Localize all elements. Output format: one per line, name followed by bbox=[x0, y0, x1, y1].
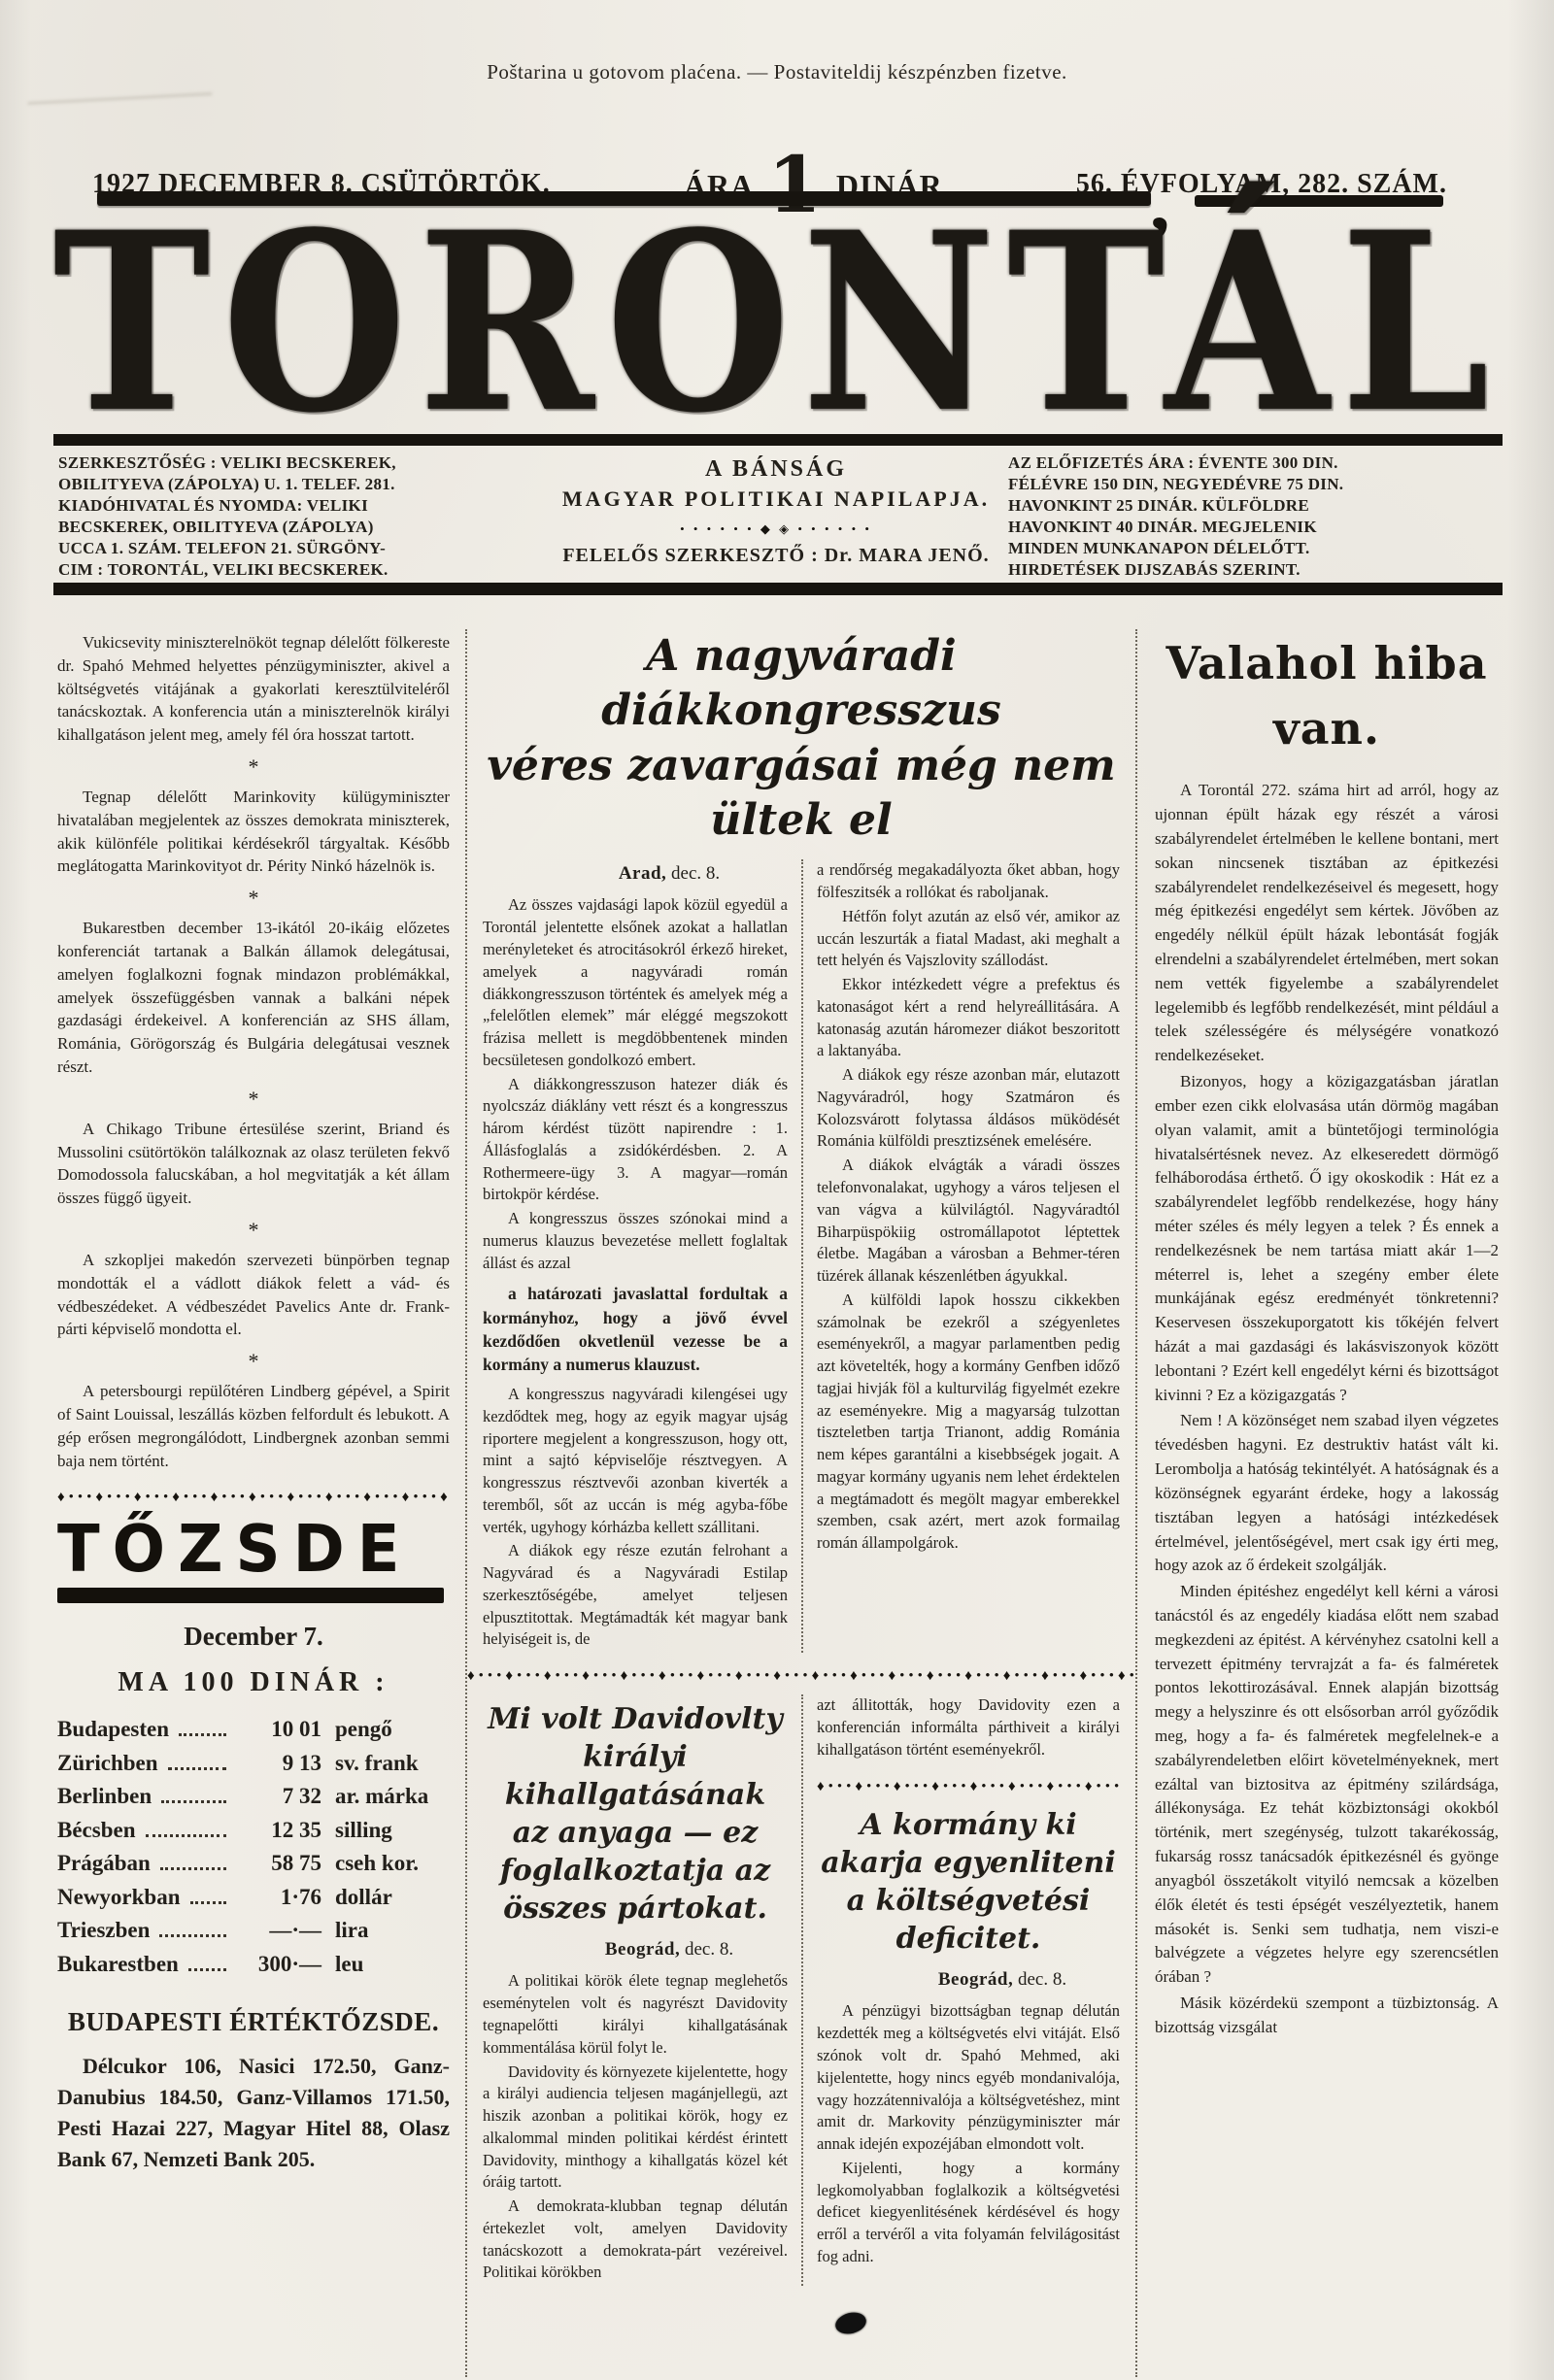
bourse-date: December 7. bbox=[57, 1619, 450, 1656]
diamond-ornament: ♦•••♦•••♦•••♦•••♦•••♦•••♦•••♦•••♦•••♦•••… bbox=[57, 1488, 450, 1508]
imprint-line: MINDEN MUNKANAPON DÉLELŐTT. bbox=[1008, 538, 1503, 559]
star-separator: * bbox=[57, 1220, 450, 1241]
dateline: Arad, dec. 8. bbox=[483, 861, 788, 887]
editorial-office-info: SZERKESZTŐSÉG : VELIKI BECSKEREK, OBILIT… bbox=[58, 453, 544, 582]
rate-value: 9 13 bbox=[236, 1747, 321, 1781]
dot-leader bbox=[161, 1800, 226, 1803]
dateline-place: Arad, bbox=[619, 863, 666, 884]
rate-unit: cseh kor. bbox=[335, 1847, 450, 1881]
article-paragraph: A diákok egy része ezután felrohant a Na… bbox=[483, 1540, 788, 1651]
dateline: Beográd, dec. 8. bbox=[817, 1967, 1120, 1993]
rate-value: 1·76 bbox=[236, 1881, 321, 1915]
rate-row: Newyorkban 1·76 dollár bbox=[57, 1881, 450, 1915]
rate-unit: ar. márka bbox=[335, 1780, 450, 1814]
imprint-line: HIRDETÉSEK DIJSZABÁS SZERINT. bbox=[1008, 559, 1503, 581]
dot-leader bbox=[190, 1901, 226, 1904]
editorial-paragraph: Minden épitéshez engedélyt kell kérni a … bbox=[1155, 1580, 1499, 1990]
dateline-place: Beográd, bbox=[938, 1969, 1013, 1990]
article-paragraph: azt állitották, hogy Davidovity ezen a k… bbox=[817, 1694, 1120, 1760]
newspaper-page: Poštarina u gotovom plaćena. — Postavite… bbox=[0, 0, 1554, 2380]
brief-paragraph: A Chikago Tribune értesülése szerint, Br… bbox=[57, 1118, 450, 1210]
rate-row: Trieszben —·— lira bbox=[57, 1914, 450, 1948]
article-paragraph: Az összes vajdasági lapok közül egyedül … bbox=[483, 894, 788, 1071]
article-right-column: a rendőrség megakadályozta őket abban, h… bbox=[801, 859, 1135, 1653]
imprint-line: BECSKEREK, OBILITYEVA (ZÁPOLYA) bbox=[58, 517, 544, 538]
rate-row: Bukarestben 300·— leu bbox=[57, 1948, 450, 1982]
rate-row: Bécsben 12 35 silling bbox=[57, 1814, 450, 1848]
imprint-line: HAVONKINT 25 DINÁR. KÜLFÖLDRE bbox=[1008, 495, 1503, 517]
brief-paragraph: Bukarestben december 13-ikától 20-ikáig … bbox=[57, 917, 450, 1079]
bourse-title-rule bbox=[57, 1588, 444, 1603]
sub-article-left: Mi volt Davidovlty királyi kihallgatásán… bbox=[467, 1694, 801, 2286]
brief-paragraph: A szkopljei makedón szervezeti bünpörben… bbox=[57, 1249, 450, 1341]
headline-line: A nagyváradi diákkongresszus bbox=[473, 629, 1130, 739]
sub-article-headline: Mi volt Davidovlty királyi kihallgatásán… bbox=[485, 1700, 786, 1927]
rate-value: 7 32 bbox=[236, 1780, 321, 1814]
rate-row: Prágában 58 75 cseh kor. bbox=[57, 1847, 450, 1881]
article-paragraph: Davidovity és környezete kijelentette, h… bbox=[483, 2062, 788, 2195]
dateline-date: dec. 8. bbox=[1018, 1969, 1066, 1990]
article-paragraph: A kongresszus nagyváradi kilengései ugy … bbox=[483, 1384, 788, 1538]
subtitle-line: MAGYAR POLITIKAI NAPILAPJA. bbox=[544, 486, 1008, 512]
editorial-paragraph: Bizonyos, hogy a közigazgatásban járatla… bbox=[1155, 1070, 1499, 1407]
rate-place: Newyorkban bbox=[57, 1881, 181, 1915]
imprint-top-rule bbox=[53, 434, 1503, 446]
article-paragraph: A kongresszus összes szónokai mind a num… bbox=[483, 1208, 788, 1274]
bourse-subtitle: MA 100 DINÁR : bbox=[57, 1663, 450, 1701]
dateline: Beográd, dec. 8. bbox=[483, 1937, 788, 1962]
rate-value: —·— bbox=[236, 1914, 321, 1948]
rate-unit: leu bbox=[335, 1948, 450, 1982]
headline-line: véres zavargásai még nem ültek el bbox=[473, 739, 1130, 849]
dot-leader bbox=[179, 1733, 226, 1736]
imprint-line: CIM : TORONTÁL, VELIKI BECSKEREK. bbox=[58, 559, 544, 581]
imprint-line: SZERKESZTŐSÉG : VELIKI BECSKEREK, bbox=[58, 453, 544, 474]
rate-place: Budapesten bbox=[57, 1713, 169, 1747]
article-paragraph: A demokrata-klubban tegnap délután értek… bbox=[483, 2196, 788, 2284]
dot-leader bbox=[160, 1867, 226, 1870]
rate-unit: silling bbox=[335, 1814, 450, 1848]
stock-exchange-quotes: Délcukor 106, Nasici 172.50, Ganz-Danubi… bbox=[57, 2051, 450, 2175]
imprint-line: UCCA 1. SZÁM. TELEFON 21. SÜRGÖNY- bbox=[58, 538, 544, 559]
rate-value: 58 75 bbox=[236, 1847, 321, 1881]
subscription-info: AZ ELŐFIZETÉS ÁRA : ÉVENTE 300 DIN. FÉLÉ… bbox=[1008, 453, 1503, 582]
article-paragraph: Kijelenti, hogy a kormány legkomolyabban… bbox=[817, 2158, 1120, 2268]
rate-unit: sv. frank bbox=[335, 1747, 450, 1781]
imprint-line: AZ ELŐFIZETÉS ÁRA : ÉVENTE 300 DIN. bbox=[1008, 453, 1503, 474]
dateline-date: dec. 8. bbox=[685, 1939, 733, 1960]
rate-place: Zürichben bbox=[57, 1747, 158, 1781]
rate-place: Trieszben bbox=[57, 1914, 150, 1948]
article-paragraph: Ekkor intézkedett végre a prefektus és k… bbox=[817, 974, 1120, 1062]
dotted-ornament: • • • • • • ◆ ◈ • • • • • • bbox=[544, 521, 1008, 537]
editorial-headline: Valahol hiba van. bbox=[1155, 631, 1499, 761]
imprint-line: OBILITYEVA (ZÁPOLYA) U. 1. TELEF. 281. bbox=[58, 474, 544, 495]
main-article: A nagyváradi diákkongresszus véres zavar… bbox=[465, 629, 1137, 2377]
article-top-columns: Arad, dec. 8. Az összes vajdasági lapok … bbox=[467, 859, 1135, 1653]
rate-row: Zürichben 9 13 sv. frank bbox=[57, 1747, 450, 1781]
editorial-paragraph: A Torontál 272. száma hirt ad arról, hog… bbox=[1155, 779, 1499, 1068]
editor-line: FELELŐS SZERKESZTŐ : Dr. MARA JENŐ. bbox=[544, 545, 1008, 567]
article-paragraph: a rendőrség megakadályozta őket abban, h… bbox=[817, 859, 1120, 904]
brief-paragraph: Vukicsevity miniszterelnököt tegnap déle… bbox=[57, 631, 450, 747]
article-bottom-columns: Mi volt Davidovlty királyi kihallgatásán… bbox=[467, 1694, 1135, 2286]
article-left-column: Arad, dec. 8. Az összes vajdasági lapok … bbox=[467, 859, 801, 1653]
editorial-paragraph: Másik közérdekü szempont a tüzbiztonság.… bbox=[1155, 1992, 1499, 2040]
star-separator: * bbox=[57, 1089, 450, 1110]
brief-paragraph: A petersbourgi repülőtéren Lindberg gépé… bbox=[57, 1380, 450, 1472]
editorial-column: Valahol hiba van. A Torontál 272. száma … bbox=[1137, 629, 1503, 2377]
page-body: Vukicsevity miniszterelnököt tegnap déle… bbox=[53, 629, 1503, 2377]
star-separator: * bbox=[57, 1351, 450, 1372]
star-separator: * bbox=[57, 756, 450, 778]
sub-article-headline: A kormány ki akarja egyenliteni a költsé… bbox=[819, 1806, 1118, 1958]
article-paragraph: A politikai körök élete tegnap meglehető… bbox=[483, 1970, 788, 2059]
rate-unit: lira bbox=[335, 1914, 450, 1948]
article-paragraph-emphasis: a határozati javaslattal fordultak a kor… bbox=[483, 1282, 788, 1376]
dot-leader bbox=[146, 1834, 227, 1837]
imprint-line: KIADÓHIVATAL ÉS NYOMDA: VELIKI bbox=[58, 495, 544, 517]
rate-place: Bukarestben bbox=[57, 1948, 179, 1982]
diamond-ornament: ♦•••♦•••♦•••♦•••♦•••♦•••♦•••♦•••♦•••♦•••… bbox=[817, 1777, 1120, 1797]
article-paragraph: A diákkongresszuson hatezer diák és nyol… bbox=[483, 1074, 788, 1207]
rate-unit: dollár bbox=[335, 1881, 450, 1915]
dateline-date: dec. 8. bbox=[671, 863, 720, 884]
article-paragraph: A diákok egy része azonban már, elutazot… bbox=[817, 1064, 1120, 1153]
paper-subtitle-block: A BÁNSÁG MAGYAR POLITIKAI NAPILAPJA. • •… bbox=[544, 453, 1008, 582]
bourse-section: TŐZSDE December 7. MA 100 DINÁR : Budape… bbox=[57, 1518, 450, 2174]
rate-row: Budapesten 10 01 pengő bbox=[57, 1713, 450, 1747]
article-paragraph: A pénzügyi bizottságban tegnap délután k… bbox=[817, 2000, 1120, 2155]
dot-leader bbox=[159, 1934, 226, 1937]
bourse-title: TŐZSDE bbox=[57, 1518, 450, 1583]
article-paragraph: A külföldi lapok hosszu cikkekben számol… bbox=[817, 1290, 1120, 1555]
news-briefs-column: Vukicsevity miniszterelnököt tegnap déle… bbox=[53, 629, 465, 2377]
imprint-line: HAVONKINT 40 DINÁR. MEGJELENIK bbox=[1008, 517, 1503, 538]
brief-paragraph: Tegnap délelőtt Marinkovity külügyminisz… bbox=[57, 786, 450, 878]
imprint-strip: SZERKESZTŐSÉG : VELIKI BECSKEREK, OBILIT… bbox=[58, 453, 1503, 582]
editorial-paragraph: Nem ! A közönséget nem szabad ilyen végz… bbox=[1155, 1409, 1499, 1578]
sub-article-right: azt állitották, hogy Davidovity ezen a k… bbox=[801, 1694, 1135, 2286]
rate-place: Berlinben bbox=[57, 1780, 152, 1814]
rate-value: 12 35 bbox=[236, 1814, 321, 1848]
imprint-line: FÉLÉVRE 150 DIN, NEGYEDÉVRE 75 DIN. bbox=[1008, 474, 1503, 495]
article-paragraph: A diákok elvágták a váradi összes telefo… bbox=[817, 1155, 1120, 1288]
stock-exchange-title: BUDAPESTI ÉRTÉKTŐZSDE. bbox=[57, 2004, 450, 2041]
article-headline: A nagyváradi diákkongresszus véres zavar… bbox=[473, 629, 1130, 848]
diamond-ornament: ♦•••♦•••♦•••♦•••♦•••♦•••♦•••♦•••♦•••♦•••… bbox=[467, 1668, 1135, 1685]
rate-place: Prágában bbox=[57, 1847, 151, 1881]
masthead-title: TORONTÁL bbox=[0, 198, 1554, 449]
dot-leader bbox=[168, 1767, 226, 1770]
star-separator: * bbox=[57, 888, 450, 909]
prepaid-notice: Poštarina u gotovom plaćena. — Postavite… bbox=[0, 60, 1554, 84]
rate-value: 300·— bbox=[236, 1948, 321, 1982]
article-paragraph: Hétfőn folyt azután az első vér, amikor … bbox=[817, 906, 1120, 972]
rate-row: Berlinben 7 32 ar. márka bbox=[57, 1780, 450, 1814]
rate-unit: pengő bbox=[335, 1713, 450, 1747]
subtitle-line: A BÁNSÁG bbox=[544, 456, 1008, 483]
imprint-bottom-rule bbox=[53, 583, 1503, 595]
rate-place: Bécsben bbox=[57, 1814, 136, 1848]
dot-leader bbox=[188, 1968, 226, 1971]
rate-value: 10 01 bbox=[236, 1713, 321, 1747]
dateline-place: Beográd, bbox=[605, 1939, 680, 1960]
